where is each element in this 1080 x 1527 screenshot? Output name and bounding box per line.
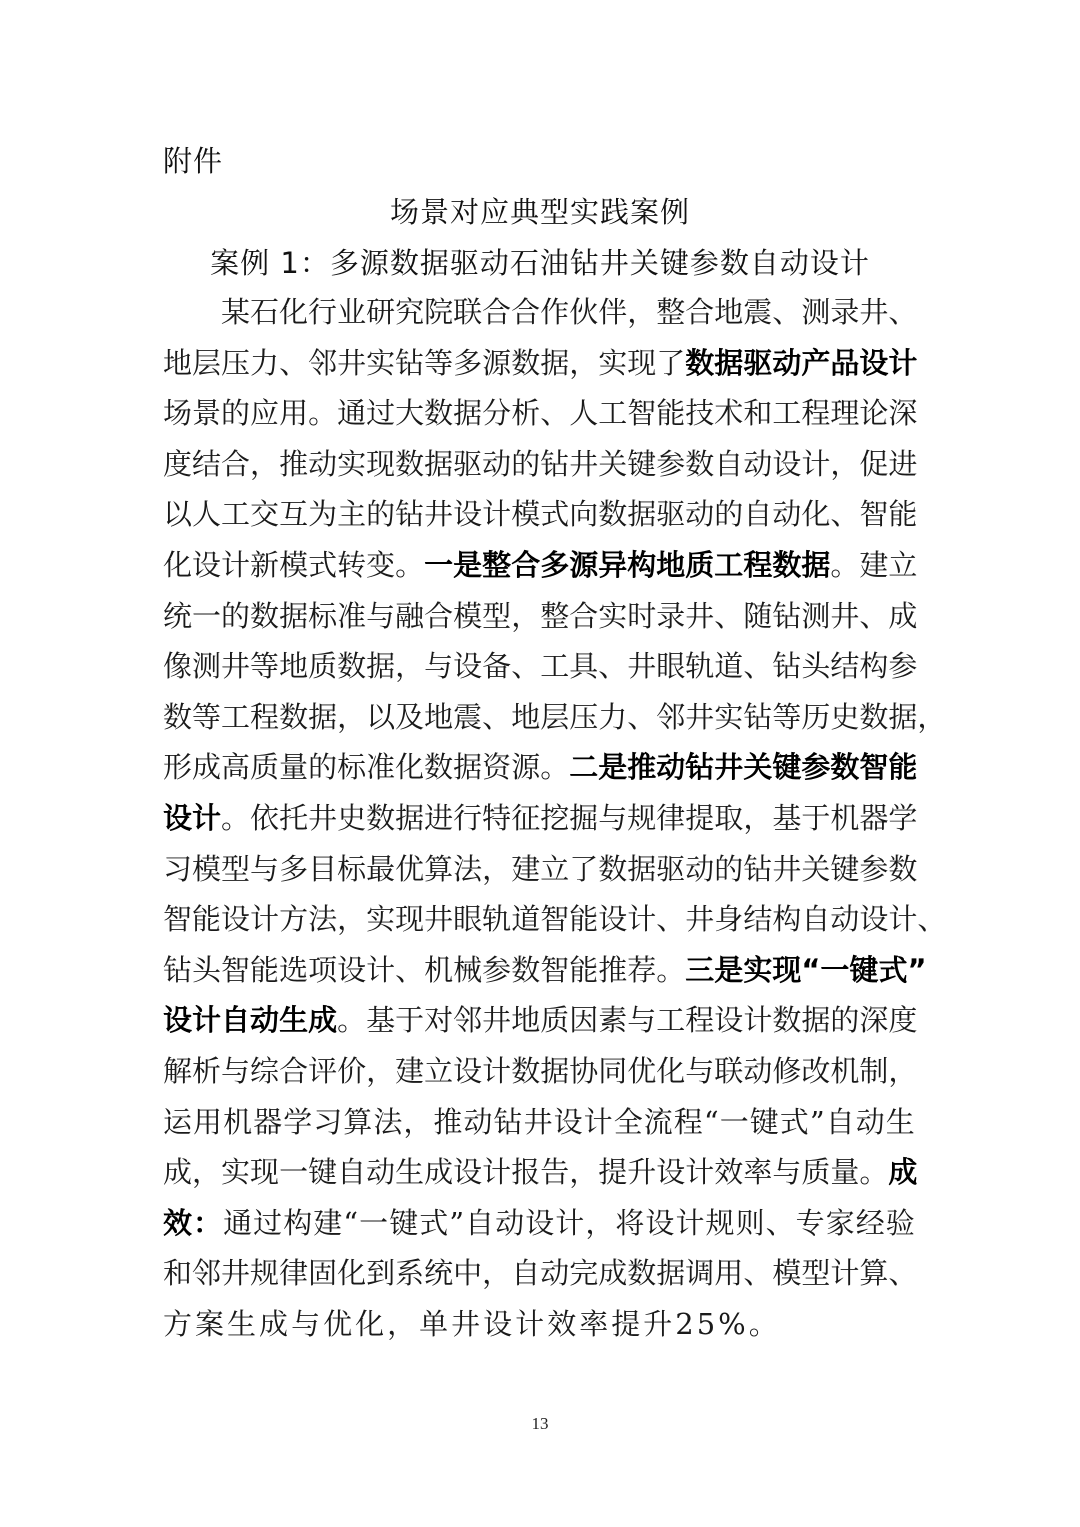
- body-text: 的: [511, 446, 540, 497]
- body-text: 、: [714, 598, 743, 649]
- body-text: 层: [540, 699, 569, 750]
- body-text: ，: [585, 1205, 614, 1256]
- body-text: 2: [675, 1306, 696, 1357]
- body-text: 设: [525, 1205, 554, 1256]
- body-text: 井: [424, 496, 453, 547]
- body-text: 械: [453, 952, 482, 1003]
- body-text: 动: [495, 1205, 524, 1256]
- bold-text: 关: [743, 749, 772, 800]
- body-text: 器: [859, 800, 888, 851]
- body-text: 综: [250, 1053, 279, 1104]
- body-text: 合: [685, 294, 714, 345]
- body-text: 邻: [453, 1002, 482, 1053]
- bold-text: 是: [453, 547, 482, 598]
- body-text: 计: [627, 901, 656, 952]
- body-text: 结: [830, 648, 859, 699]
- body-text: 据: [656, 1255, 685, 1306]
- body-text: 调: [685, 1255, 714, 1306]
- bold-text: 效: [163, 1205, 192, 1256]
- body-text: 、: [598, 648, 627, 699]
- body-text: 家: [826, 1205, 855, 1256]
- body-text: 联: [714, 1053, 743, 1104]
- body-text: 压: [221, 345, 250, 396]
- body-text: 自: [714, 446, 743, 497]
- body-text: 与: [685, 1053, 714, 1104]
- body-text: 关: [801, 851, 830, 902]
- body-text: 作: [540, 294, 569, 345]
- bold-text: 据: [714, 345, 743, 396]
- body-text: 动: [463, 1104, 492, 1155]
- body-text: 术: [714, 395, 743, 446]
- body-text: 及: [395, 699, 424, 750]
- body-text: 分: [482, 395, 511, 446]
- body-text: 提: [685, 800, 714, 851]
- text-line: 像测井等地质数据，与设备、工具、井眼轨道、钻头结构参: [163, 648, 915, 699]
- body-text: 驱: [453, 446, 482, 497]
- body-text: 、: [511, 648, 540, 699]
- body-text: 与: [366, 598, 395, 649]
- body-text: 伙: [569, 294, 598, 345]
- body-text: 数: [366, 800, 395, 851]
- body-text: 实: [714, 699, 743, 750]
- bold-text: 推: [627, 749, 656, 800]
- body-text: 眼: [453, 901, 482, 952]
- body-text: ，: [569, 345, 598, 396]
- body-text: 自: [743, 496, 772, 547]
- text-line: 以人工交互为主的钻井设计模式向数据驱动的自动化、智能: [163, 496, 915, 547]
- bold-text: 实: [743, 952, 772, 1003]
- body-text: 计: [555, 1205, 584, 1256]
- body-text: 成: [259, 1306, 291, 1357]
- body-text: 、: [482, 699, 511, 750]
- body-text: ，: [403, 1104, 432, 1155]
- body-text: 法: [373, 1104, 402, 1155]
- bold-text: 计: [192, 1002, 221, 1053]
- body-text: 通: [223, 1205, 252, 1256]
- body-text: 一: [192, 598, 221, 649]
- body-text: 伴: [598, 294, 627, 345]
- body-text: 、: [279, 345, 308, 396]
- body-text: 计: [482, 1053, 511, 1104]
- body-text: 标: [337, 749, 366, 800]
- body-text: 邻: [192, 1255, 221, 1306]
- text-line: 解析与综合评价，建立设计数据协同优化与联动修改机制，: [163, 1053, 915, 1104]
- text-line: 运用机器学习算法，推动钻井设计全流程“一键式”自动生: [163, 1104, 915, 1155]
- body-text: 进: [424, 800, 453, 851]
- body-text: 模: [453, 598, 482, 649]
- body-text: 算: [424, 851, 453, 902]
- body-text: 道: [714, 648, 743, 699]
- bold-text: 能: [888, 749, 917, 800]
- body-text: 力: [250, 345, 279, 396]
- body-text: 动: [856, 1104, 885, 1155]
- body-text: “: [343, 1205, 358, 1256]
- body-text: 录: [656, 598, 685, 649]
- body-text: 。: [308, 395, 337, 446]
- body-text: 程: [685, 1002, 714, 1053]
- body-text: 评: [308, 1053, 337, 1104]
- body-text: 人: [192, 496, 221, 547]
- body-text: 到: [366, 1255, 395, 1306]
- body-text: 。: [859, 1154, 888, 1205]
- body-text: 、: [859, 598, 888, 649]
- body-text: 中: [453, 1255, 482, 1306]
- bold-text: 动: [656, 749, 685, 800]
- bold-text: 成: [888, 1154, 917, 1205]
- body-text: 设: [453, 496, 482, 547]
- body-text: 智: [627, 395, 656, 446]
- text-line: 场景的应用。通过大数据分析、人工智能技术和工程理论深: [163, 395, 915, 446]
- body-text: 统: [424, 1255, 453, 1306]
- bold-text: 智: [859, 749, 888, 800]
- body-text: 法: [453, 851, 482, 902]
- body-text: 计: [830, 1255, 859, 1306]
- body-text: 地: [511, 699, 540, 750]
- body-text: 程: [801, 395, 830, 446]
- body-text: 工: [221, 496, 250, 547]
- body-text: 震: [453, 699, 482, 750]
- bold-text: 井: [714, 749, 743, 800]
- body-text: 设: [645, 1205, 674, 1256]
- body-text: 据: [801, 1002, 830, 1053]
- text-line: 设计。依托井史数据进行特征挖掘与规律提取，基于机器学: [163, 800, 915, 851]
- bold-text: 数: [772, 547, 801, 598]
- body-text: 协: [569, 1053, 598, 1104]
- body-text: ，: [366, 1053, 395, 1104]
- body-text: 自: [826, 1104, 855, 1155]
- body-text: 据: [366, 648, 395, 699]
- body-text: 规: [250, 1255, 279, 1306]
- body-text: 测: [801, 598, 830, 649]
- body-text: 计: [675, 1205, 704, 1256]
- body-text: 据: [279, 598, 308, 649]
- body-text: ，: [569, 1154, 598, 1205]
- body-text: 源: [511, 749, 540, 800]
- body-text: 理: [830, 395, 859, 446]
- body-text: 法: [308, 901, 337, 952]
- body-text: 型: [482, 598, 511, 649]
- body-text: 构: [283, 1205, 312, 1256]
- body-text: 运: [163, 1104, 192, 1155]
- body-text: 数: [511, 952, 540, 1003]
- body-text: 用: [193, 1104, 222, 1155]
- body-text: 优: [395, 851, 424, 902]
- body-text: 流: [644, 1104, 673, 1155]
- body-text: 键: [308, 1154, 337, 1205]
- body-text: 人: [569, 395, 598, 446]
- body-text: 等: [192, 699, 221, 750]
- body-text: 智: [540, 901, 569, 952]
- body-text: 钻: [163, 952, 192, 1003]
- body-text: 立: [424, 1053, 453, 1104]
- body-text: 质: [250, 749, 279, 800]
- body-text: 石: [250, 294, 279, 345]
- bold-text: 一: [820, 952, 849, 1003]
- bold-text: 设: [859, 345, 888, 396]
- body-text: 动: [743, 1053, 772, 1104]
- body-text: 自: [801, 901, 830, 952]
- body-text: 动: [366, 1154, 395, 1205]
- body-text: 参: [656, 446, 685, 497]
- body-text: 、: [766, 1205, 795, 1256]
- body-text: ，: [337, 699, 366, 750]
- body-text: 多: [453, 345, 482, 396]
- body-text: 实: [337, 446, 366, 497]
- body-text: 据: [453, 395, 482, 446]
- body-text: 机: [223, 1104, 252, 1155]
- text-line: 习模型与多目标最优算法，建立了数据驱动的钻井关键参数: [163, 851, 915, 902]
- body-text: 优: [627, 1053, 656, 1104]
- body-text: 智: [859, 496, 888, 547]
- body-text: 用: [714, 1255, 743, 1306]
- case-title: 案例 1：多源数据驱动石油钻井关键参数自动设计: [0, 245, 1080, 281]
- body-text: 邻: [308, 345, 337, 396]
- body-text: 。: [749, 1306, 781, 1357]
- case-body-paragraph: 某石化行业研究院联合合作伙伴，整合地震、测录井、地层压力、邻井实钻等多源数据，实…: [163, 294, 915, 1356]
- body-text: 数: [511, 345, 540, 396]
- body-text: 合: [569, 598, 598, 649]
- body-text: 。: [540, 749, 569, 800]
- text-line: 钻头智能选项设计、机械参数智能推荐。三是实现“一键式”: [163, 952, 915, 1003]
- body-text: 实: [598, 345, 627, 396]
- text-line: 某石化行业研究院联合合作伙伴，整合地震、测录井、: [163, 294, 915, 345]
- body-text: 工: [656, 1002, 685, 1053]
- body-text: 方: [163, 1306, 195, 1357]
- bold-text: 地: [656, 547, 685, 598]
- body-text: 化: [337, 1255, 366, 1306]
- body-text: 钻: [772, 648, 801, 699]
- text-line: 成，实现一键自动生成设计报告，提升设计效率与质量。成: [163, 1154, 915, 1205]
- bold-text: 式: [878, 952, 907, 1003]
- body-text: 的: [830, 1002, 859, 1053]
- body-text: 计: [743, 1002, 772, 1053]
- body-text: 推: [279, 446, 308, 497]
- body-text: 地: [279, 648, 308, 699]
- body-text: 智: [540, 952, 569, 1003]
- body-text: 结: [743, 901, 772, 952]
- body-text: 和: [163, 1255, 192, 1306]
- body-text: 融: [395, 598, 424, 649]
- body-text: 、: [656, 901, 685, 952]
- body-text: 行: [308, 294, 337, 345]
- body-text: 全: [614, 1104, 643, 1155]
- body-text: 合: [424, 598, 453, 649]
- body-text: 推: [433, 1104, 462, 1155]
- body-text: 过: [366, 395, 395, 446]
- text-line: 和邻井规律固化到系统中，自动完成数据调用、模型计算、: [163, 1255, 915, 1306]
- body-text: 设: [453, 1154, 482, 1205]
- body-text: 型: [801, 1255, 830, 1306]
- body-text: ”: [449, 1205, 464, 1256]
- body-text: 化: [801, 496, 830, 547]
- body-text: 设: [598, 901, 627, 952]
- bold-text: 钻: [685, 749, 714, 800]
- body-text: 器: [253, 1104, 282, 1155]
- body-text: 解: [163, 1053, 192, 1104]
- bold-text: 二: [569, 749, 598, 800]
- body-text: 成: [888, 598, 917, 649]
- body-text: 多: [279, 851, 308, 902]
- body-text: 报: [511, 1154, 540, 1205]
- body-text: 构: [772, 901, 801, 952]
- body-text: 了: [656, 345, 685, 396]
- body-text: 联: [453, 294, 482, 345]
- body-text: 地: [511, 1002, 540, 1053]
- body-text: 成: [598, 1255, 627, 1306]
- body-text: 工: [598, 395, 627, 446]
- body-text: 一: [720, 1104, 749, 1155]
- body-text: 具: [569, 648, 598, 699]
- body-text: 学: [283, 1104, 312, 1155]
- bold-text: ”: [907, 952, 926, 1003]
- body-text: 头: [192, 952, 221, 1003]
- body-text: 参: [859, 851, 888, 902]
- body-text: 钻: [395, 496, 424, 547]
- body-text: 用: [279, 395, 308, 446]
- body-text: 与: [598, 800, 627, 851]
- body-text: 井: [524, 1104, 553, 1155]
- body-text: 特: [482, 800, 511, 851]
- body-text: 的: [366, 496, 395, 547]
- body-text: 于: [395, 1002, 424, 1053]
- bold-text: 数: [685, 345, 714, 396]
- body-text: ，: [917, 699, 946, 750]
- bold-text: 驱: [743, 345, 772, 396]
- body-text: 验: [886, 1205, 915, 1256]
- body-text: 专: [796, 1205, 825, 1256]
- body-text: 式: [419, 1205, 448, 1256]
- body-text: 场: [163, 395, 192, 446]
- body-text: 立: [540, 851, 569, 902]
- body-text: 、: [917, 901, 946, 952]
- body-text: 、: [627, 699, 656, 750]
- body-text: 源: [482, 345, 511, 396]
- body-text: ，: [627, 294, 656, 345]
- body-text: 、: [395, 952, 424, 1003]
- body-text: 史: [337, 800, 366, 851]
- body-text: 机: [424, 952, 453, 1003]
- body-text: 过: [253, 1205, 282, 1256]
- body-text: ，: [482, 851, 511, 902]
- body-text: 计: [888, 901, 917, 952]
- body-text: 参: [482, 952, 511, 1003]
- body-text: 。: [221, 800, 250, 851]
- body-text: 率: [579, 1306, 611, 1357]
- body-text: 历: [801, 699, 830, 750]
- body-text: 与: [250, 851, 279, 902]
- body-text: 一: [359, 1205, 388, 1256]
- body-text: 等: [424, 345, 453, 396]
- body-text: 修: [772, 1053, 801, 1104]
- page-number: 13: [0, 1414, 1080, 1434]
- body-text: ”: [810, 1104, 825, 1155]
- body-text: 律: [279, 1255, 308, 1306]
- text-line: 数等工程数据，以及地震、地层压力、邻井实钻等历史数据，: [163, 699, 915, 750]
- body-text: 升: [643, 1306, 675, 1357]
- body-text: 对: [424, 1002, 453, 1053]
- body-text: 设: [483, 1306, 515, 1357]
- body-text: 基: [772, 800, 801, 851]
- body-text: 实: [221, 1154, 250, 1205]
- bold-text: 是: [714, 952, 743, 1003]
- body-text: 设: [192, 547, 221, 598]
- body-text: 标: [337, 851, 366, 902]
- body-text: 化: [656, 1053, 685, 1104]
- bold-text: 异: [598, 547, 627, 598]
- body-text: 与: [291, 1306, 323, 1357]
- body-text: 准: [337, 598, 366, 649]
- bold-text: 动: [772, 345, 801, 396]
- body-text: 计: [366, 952, 395, 1003]
- body-text: 数: [685, 446, 714, 497]
- body-text: 景: [192, 395, 221, 446]
- body-text: 的: [221, 598, 250, 649]
- bold-text: 整: [482, 547, 511, 598]
- body-text: 形: [163, 749, 192, 800]
- body-text: 整: [656, 294, 685, 345]
- body-text: 据: [395, 800, 424, 851]
- body-text: 据: [424, 446, 453, 497]
- bold-text: 三: [685, 952, 714, 1003]
- body-text: 层: [192, 345, 221, 396]
- body-text: 通: [337, 395, 366, 446]
- body-text: 设: [772, 446, 801, 497]
- body-text: ，: [192, 1154, 221, 1205]
- body-text: 生: [395, 1154, 424, 1205]
- body-text: 像: [163, 648, 192, 699]
- body-text: 程: [250, 699, 279, 750]
- body-text: 化: [163, 547, 192, 598]
- text-line: 度结合，推动实现数据驱动的钻井关键参数自动设计，促进: [163, 446, 915, 497]
- body-text: 整: [540, 598, 569, 649]
- bold-text: 参: [801, 749, 830, 800]
- body-text: 智: [163, 901, 192, 952]
- attachment-label: 附件: [163, 143, 223, 179]
- body-text: 式: [780, 1104, 809, 1155]
- body-text: 与: [221, 1053, 250, 1104]
- body-text: ，: [482, 1255, 511, 1306]
- body-text: 的: [308, 749, 337, 800]
- bold-text: 现: [772, 952, 801, 1003]
- body-text: 设: [554, 1104, 583, 1155]
- body-text: ，: [337, 901, 366, 952]
- body-text: 构: [859, 648, 888, 699]
- body-text: 统: [163, 598, 192, 649]
- body-text: 量: [830, 1154, 859, 1205]
- body-text: 身: [714, 901, 743, 952]
- body-text: 算: [859, 1255, 888, 1306]
- body-text: 计: [482, 1154, 511, 1205]
- body-text: 促: [859, 446, 888, 497]
- body-text: 键: [750, 1104, 779, 1155]
- body-text: 动: [540, 1255, 569, 1306]
- body-text: 的: [714, 851, 743, 902]
- body-text: 与: [424, 648, 453, 699]
- body-text: 测: [192, 648, 221, 699]
- body-text: 现: [250, 1154, 279, 1205]
- body-text: 动: [830, 901, 859, 952]
- body-text: 生: [227, 1306, 259, 1357]
- body-text: 荐: [627, 952, 656, 1003]
- body-text: 现: [627, 345, 656, 396]
- body-text: 成: [163, 1154, 192, 1205]
- body-text: 计: [221, 547, 250, 598]
- body-text: 据: [627, 851, 656, 902]
- body-text: 度: [888, 1002, 917, 1053]
- body-text: 设: [714, 1002, 743, 1053]
- body-text: 、: [743, 1255, 772, 1306]
- body-text: 某: [221, 294, 250, 345]
